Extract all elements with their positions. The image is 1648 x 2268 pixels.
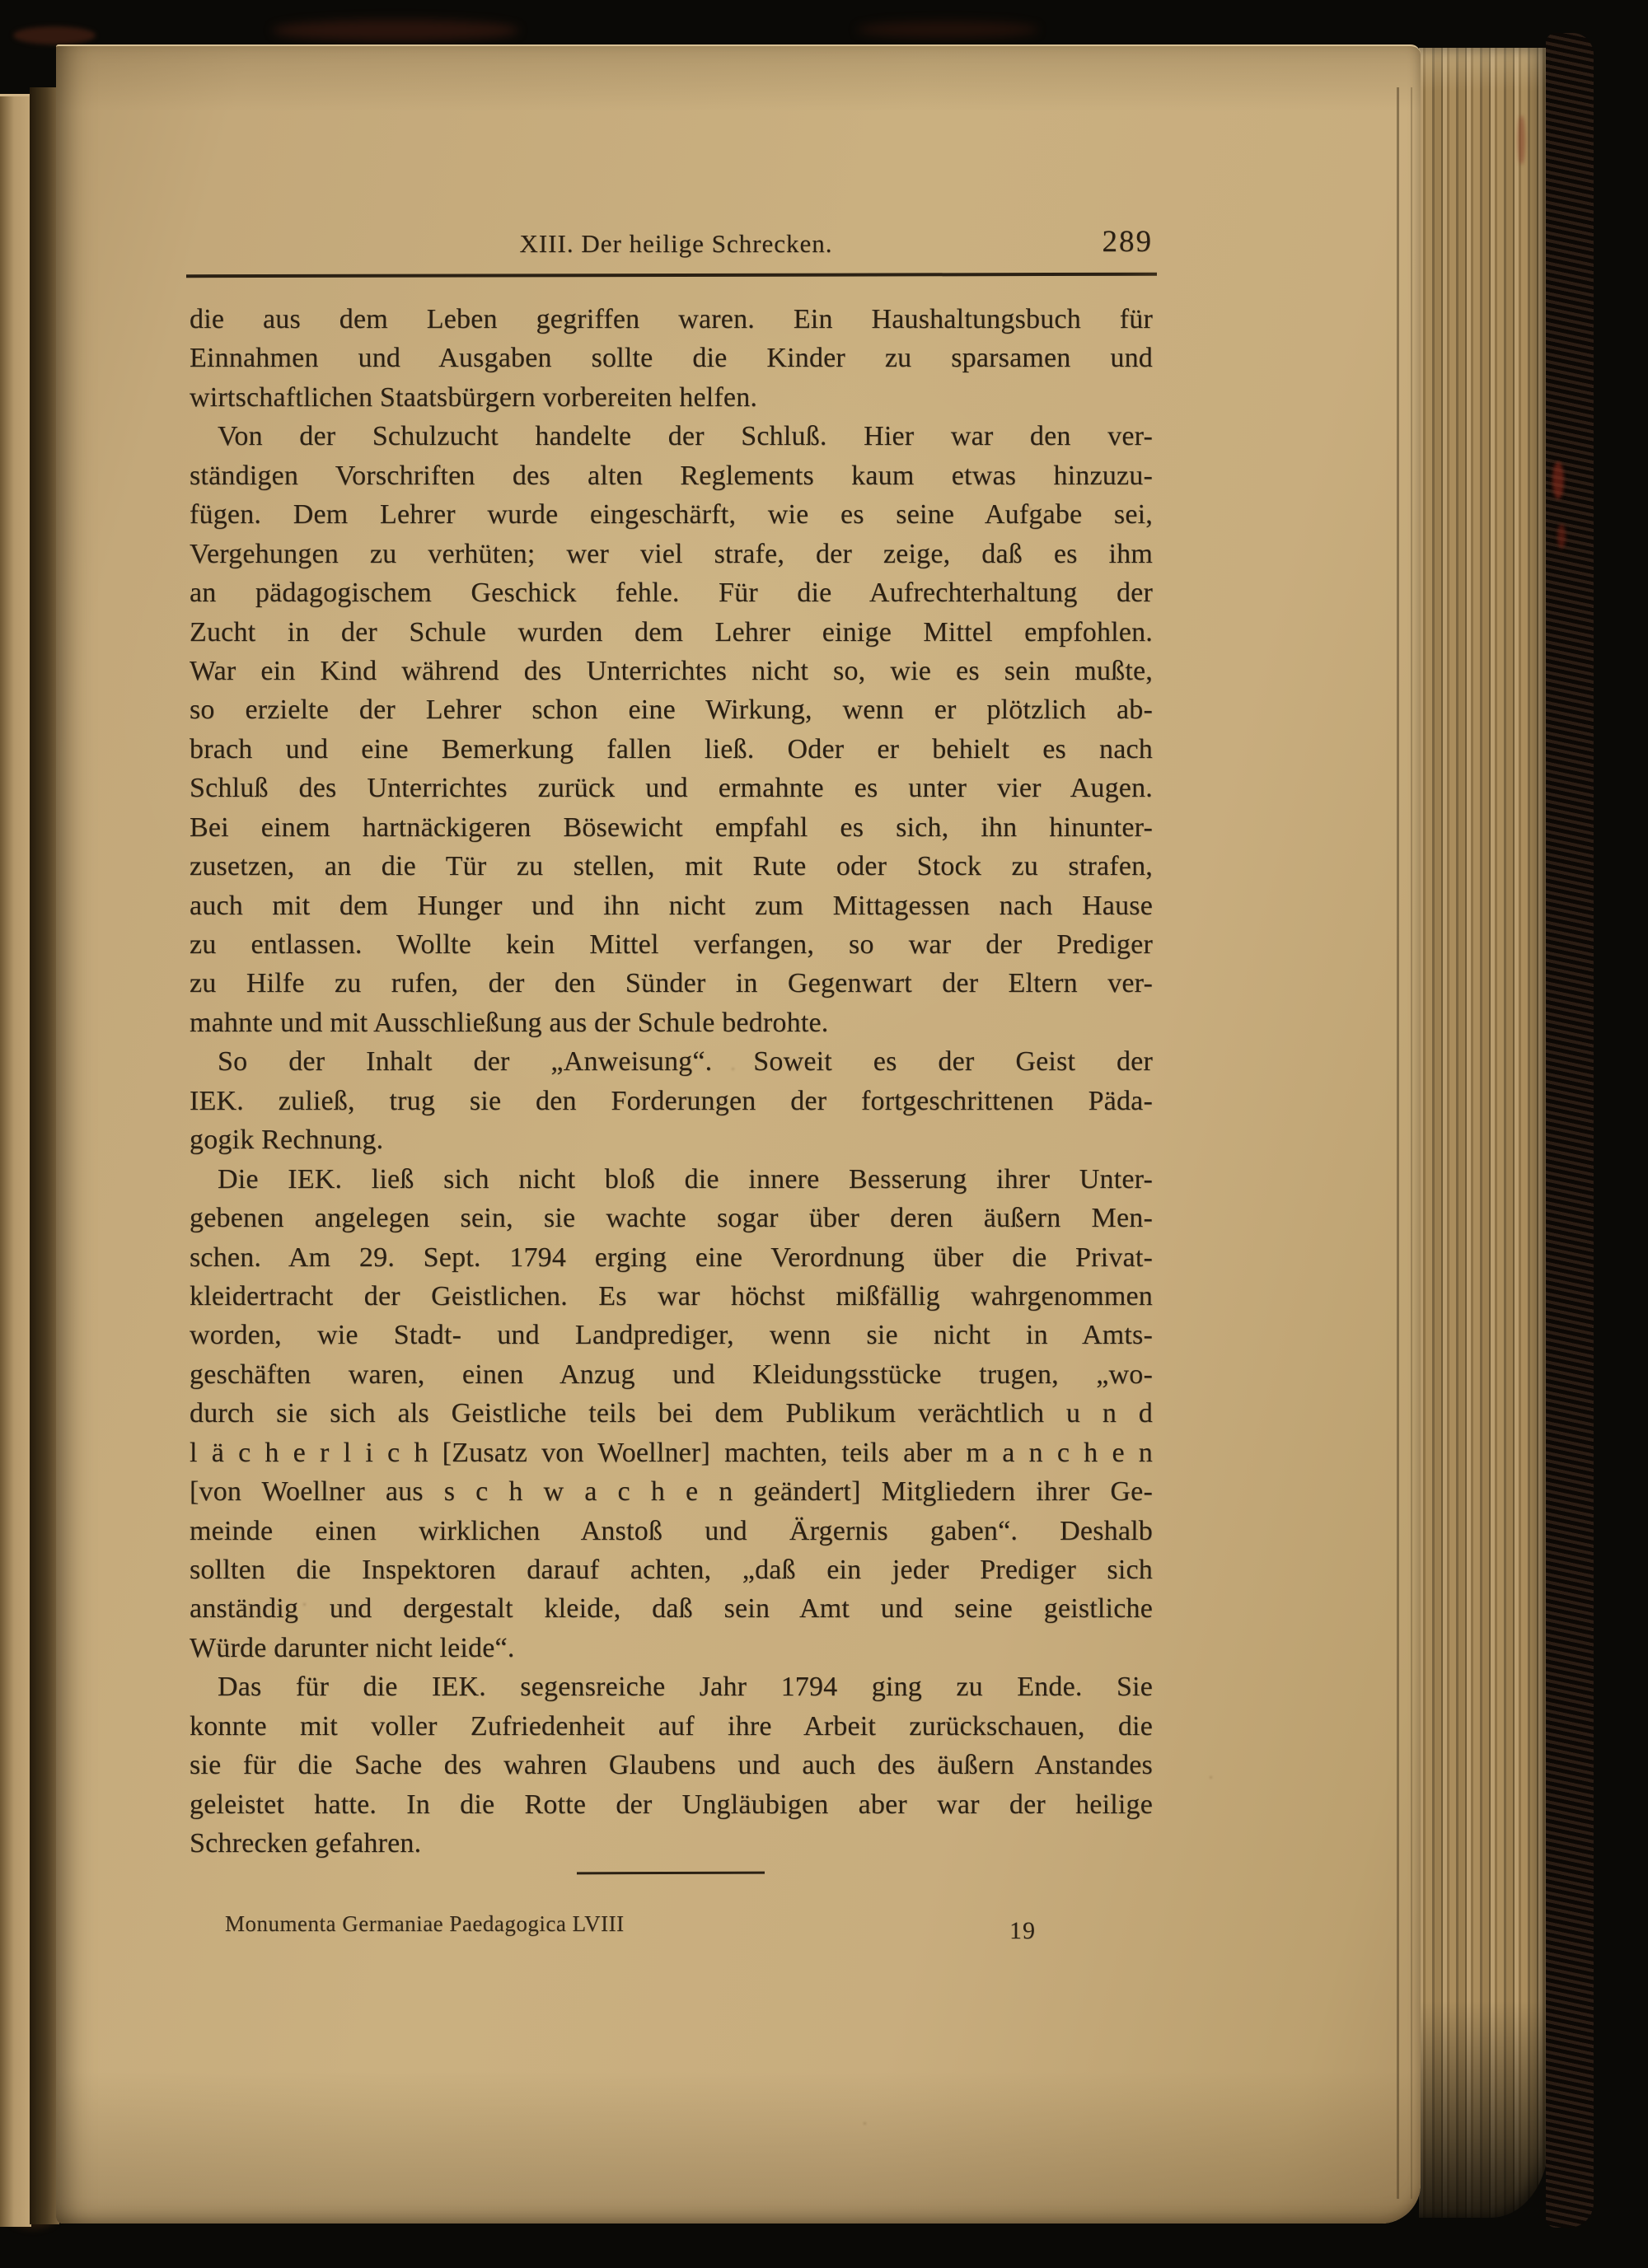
text-line: schen. Am 29. Sept. 1794 erging eine Ver… xyxy=(190,1238,1153,1277)
text-line: kleidertracht der Geistlichen. Es war hö… xyxy=(190,1277,1153,1316)
text-line: brach und eine Bemerkung fallen ließ. Od… xyxy=(190,730,1153,769)
header-rule xyxy=(186,273,1157,278)
text-line: Das für die IEK. segensreiche Jahr 1794 … xyxy=(190,1667,1153,1706)
text-line: sie für die Sache des wahren Glaubens un… xyxy=(190,1746,1153,1784)
text-line: auch mit dem Hunger und ihn nicht zum Mi… xyxy=(190,886,1153,925)
binding-smudge xyxy=(13,26,96,44)
scanned-book-photo: XIII. Der heilige Schrecken. 289 die aus… xyxy=(0,0,1648,2268)
text-line: gebenen angelegen sein, sie wachte sogar… xyxy=(190,1199,1153,1237)
text-line: zusetzen, an die Tür zu stellen, mit Rut… xyxy=(190,847,1153,886)
book-cover-binding xyxy=(1546,33,1594,2228)
facing-page-edge xyxy=(0,94,31,2227)
text-line: IEK. zuließ, trug sie den Forderungen de… xyxy=(190,1082,1153,1120)
sheet-signature: 19 xyxy=(1009,1917,1036,1945)
binding-smudge xyxy=(272,20,519,41)
text-line: gogik Rechnung. xyxy=(190,1120,1153,1159)
binding-red-fleck xyxy=(1557,524,1566,549)
text-line: worden, wie Stadt- und Landprediger, wen… xyxy=(190,1316,1153,1354)
text-line: konnte mit voller Zufriedenheit auf ihre… xyxy=(190,1707,1153,1746)
series-imprint: Monumenta Germaniae Paedagogica LVIII xyxy=(225,1911,625,1937)
body-text: die aus dem Leben gegriffen waren. Ein H… xyxy=(190,300,1153,1864)
text-line: Würde darunter nicht leide“. xyxy=(190,1629,1153,1667)
text-line: so erzielte der Lehrer schon eine Wirkun… xyxy=(190,690,1153,729)
text-line: geschäften waren, einen Anzug und Kleidu… xyxy=(190,1355,1153,1394)
text-line: die aus dem Leben gegriffen waren. Ein H… xyxy=(190,300,1153,339)
text-line: geleistet hatte. In die Rotte der Ungläu… xyxy=(190,1785,1153,1824)
text-line: War ein Kind während des Unterrichtes ni… xyxy=(190,652,1153,690)
paper-specks xyxy=(56,46,59,49)
text-line: Bei einem hartnäckigeren Bösewicht empfa… xyxy=(190,808,1153,847)
text-line: anständig und dergestalt kleide, daß sei… xyxy=(190,1589,1153,1628)
text-line: Vergehungen zu verhüten; wer viel strafe… xyxy=(190,535,1153,573)
text-line: l ä c h e r l i c h [Zusatz von Woellner… xyxy=(190,1433,1153,1472)
text-line: an pädagogischem Geschick fehle. Für die… xyxy=(190,573,1153,612)
page-number: 289 xyxy=(190,224,1153,260)
text-line: zu Hilfe zu rufen, der den Sünder in Geg… xyxy=(190,964,1153,1003)
text-line: Die IEK. ließ sich nicht bloß die innere… xyxy=(190,1160,1153,1199)
text-line: fügen. Dem Lehrer wurde eingeschärft, wi… xyxy=(190,495,1153,534)
text-line: Schluß des Unterrichtes zurück und ermah… xyxy=(190,769,1153,807)
text-line: So der Inhalt der „Anweisung“. Soweit es… xyxy=(190,1042,1153,1081)
text-line: [von Woellner aus s c h w a c h e n geän… xyxy=(190,1472,1153,1511)
book-page: XIII. Der heilige Schrecken. 289 die aus… xyxy=(56,44,1421,2224)
binding-smudge xyxy=(857,21,1038,38)
text-line: wirtschaftlichen Staatsbürgern vorbereit… xyxy=(190,378,1153,417)
binding-red-fleck xyxy=(1552,461,1564,499)
text-line: zu entlassen. Wollte kein Mittel verfang… xyxy=(190,925,1153,964)
text-line: Schrecken gefahren. xyxy=(190,1824,1153,1863)
text-line: Von der Schulzucht handelte der Schluß. … xyxy=(190,417,1153,456)
text-line: durch sie sich als Geistliche teils bei … xyxy=(190,1394,1153,1433)
text-line: meinde einen wirklichen Anstoß und Ärger… xyxy=(190,1512,1153,1550)
gutter-shadow xyxy=(30,87,59,2224)
text-line: mahnte und mit Ausschließung aus der Sch… xyxy=(190,1003,1153,1042)
page-block-fore-edge xyxy=(1419,48,1548,2218)
binding-red-fleck xyxy=(1518,115,1525,165)
page-crease xyxy=(1397,87,1412,2199)
section-end-rule xyxy=(577,1872,765,1875)
text-line: Zucht in der Schule wurden dem Lehrer ei… xyxy=(190,613,1153,652)
text-line: Einnahmen und Ausgaben sollte die Kinder… xyxy=(190,339,1153,377)
text-line: ständigen Vorschriften des alten Regleme… xyxy=(190,456,1153,495)
text-line: sollten die Inspektoren darauf achten, „… xyxy=(190,1550,1153,1589)
